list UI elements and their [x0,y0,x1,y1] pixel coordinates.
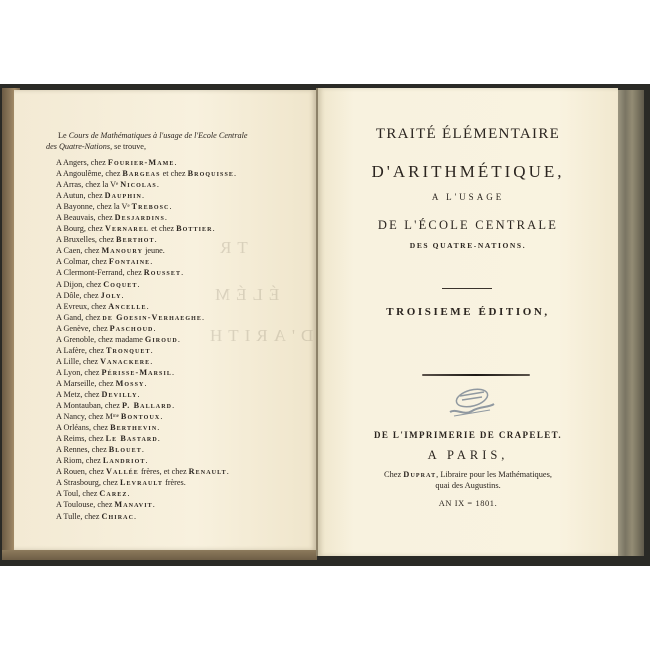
city-text: A Orléans, chez [56,423,110,432]
nations-line: DES QUATRE-NATIONS. [318,241,618,250]
entry-text: . [202,313,204,322]
stockist-entry: A Lafère, chez Tronquet. [56,345,318,356]
bookseller-name: Blouet [109,445,142,454]
stockist-entry: A Toulouse, chez Manavit. [56,499,318,510]
usage-line: A L'USAGE [318,192,618,202]
city-text: A Arras, chez la Vᵉ [56,180,120,189]
entry-text: . [178,335,180,344]
city-text: A Rennes, chez [56,445,109,454]
city-text: A Metz, chez [56,390,101,399]
stockist-entry: A Gand, chez de Goesin-Verhaeghe. [56,312,318,323]
printer-line: DE L'IMPRIMERIE DE CRAPELET. [318,430,618,440]
city-text: A Marseille, chez [56,379,116,388]
entry-text: . [158,434,160,443]
city-text: A Caen, chez [56,246,101,255]
entry-text: . [138,390,140,399]
stockist-entry: A Dôle, chez Joly. [56,290,318,301]
bookseller-name: Mossy [116,379,145,388]
bookseller-name: Rousset [144,268,181,277]
bookseller-name: Périsse-Marsil [101,368,172,377]
entry-text: . [122,291,124,300]
bookseller-name: Paschoud [110,324,154,333]
entry-text: . [165,213,167,222]
entry-text: . [153,324,155,333]
stockist-entry: A Nancy, chez Mᵐᵉ Bontoux. [56,411,318,422]
stockist-entry: A Orléans, chez Berthevin. [56,422,318,433]
city-text: A Colmar, chez [56,257,109,266]
stockist-entry: A Reims, chez Le Bastard. [56,433,318,444]
entry-text: . [160,412,162,421]
entry-text: . [144,379,146,388]
entry-text: . [142,445,144,454]
city-text: A Lafère, chez [56,346,106,355]
title-line-2: D'ARITHMÉTIQUE, [318,162,618,182]
school-line: DE L'ÉCOLE CENTRALE [318,218,618,233]
bookseller-name: Nicolas [120,180,157,189]
bookseller-name: Broquisse [188,169,234,178]
stockist-entry: A Metz, chez Devilly. [56,389,318,400]
bookseller-name: Chirac [102,512,135,521]
stockist-entry: A Clermont-Ferrand, chez Rousset. [56,267,318,278]
bookseller-name: Desjardins [115,213,165,222]
bookseller-name: Joly [101,291,122,300]
city-text: A Bayonne, chez la Vᵉ [56,202,132,211]
entry-text: . [157,180,159,189]
city-text: A Dôle, chez [56,291,101,300]
stockist-entry: A Lille, chez Vanackere. [56,356,318,367]
entry-text: . [169,202,171,211]
bookseller-name: Vernarel [105,224,149,233]
stockist-entry: A Toul, chez Carez. [56,488,318,499]
entry-text: . [227,467,229,476]
entry-text: . [153,500,155,509]
city-text: A Bourg, chez [56,224,105,233]
city-text: A Clermont-Ferrand, chez [56,268,144,277]
city-text: A Nancy, chez Mᵐᵉ [56,412,121,421]
entry-text: . [213,224,215,233]
stockist-entry: A Colmar, chez Fontaine. [56,256,318,267]
city-text: A Evreux, chez [56,302,108,311]
stockist-entry: A Riom, chez Landriot. [56,455,318,466]
city-text: A Montauban, chez [56,401,122,410]
entry-text: . [181,268,183,277]
stockist-entry: A Tulle, chez Chirac. [56,511,318,522]
date-line: AN IX = 1801. [318,499,618,508]
divider-rule [442,288,492,289]
stockist-entry: A Bayonne, chez la Vᵉ Trebosc. [56,201,318,212]
entry-text: . [157,423,159,432]
bookseller-name: Devilly [101,390,137,399]
stockist-entry: A Bruxelles, chez Berthot. [56,234,318,245]
bookseller-name: Bontoux [121,412,160,421]
entry-text: . [145,456,147,465]
bookseller-name: P. Ballard [122,401,172,410]
bookseller-name: Tronquet [106,346,151,355]
entry-text: . [150,257,152,266]
stockist-entry: A Dijon, chez Coquet. [56,279,318,290]
bookseller-name: Bottier [176,224,213,233]
stockist-entry: A Evreux, chez Ancelle. [56,301,318,312]
city-text: A Bruxelles, chez [56,235,116,244]
bookseller-name: Vallée [106,467,139,476]
entry-text: jeune. [143,246,165,255]
city-line: A PARIS, [318,448,618,463]
left-page: TR ÉLÉM D'ARITH Le Cours de Mathématique… [14,90,316,550]
entry-text: . [175,158,177,167]
bookseller-name: Fourier-Mame [108,158,175,167]
city-text: A Angoulême, chez [56,169,122,178]
publisher-name: Duprat [403,470,436,479]
entry-text: et chez [149,224,176,233]
stockist-entry: A Beauvais, chez Desjardins. [56,212,318,223]
open-book: TR ÉLÉM D'ARITH Le Cours de Mathématique… [0,84,650,566]
ornamental-rule [422,374,530,376]
bookseller-name: Le Bastard [106,434,158,443]
city-text: A Toulouse, chez [56,500,114,509]
entry-text: . [137,280,139,289]
bottom-cover-edge [2,550,317,560]
bookseller-name: Renault [189,467,227,476]
stockist-entry: A Montauban, chez P. Ballard. [56,400,318,411]
city-text: A Gand, chez [56,313,102,322]
city-text: A Reims, chez [56,434,106,443]
bookseller-name: Manavit [114,500,152,509]
city-text: A Riom, chez [56,456,103,465]
edition-line: TROISIEME ÉDITION, [318,306,618,318]
entry-text: . [127,489,129,498]
bookseller-name: Landriot [103,456,146,465]
entry-text: . [151,346,153,355]
library-stamp-icon [444,386,498,420]
stockist-entry: A Marseille, chez Mossy. [56,378,318,389]
address-line: quai des Augustins. [318,481,618,490]
bookseller-name: Dauphin [105,191,142,200]
bookseller-name: Ancelle [108,302,146,311]
stockist-entry: A Bourg, chez Vernarel et chez Bottier. [56,223,318,234]
city-text: A Lille, chez [56,357,100,366]
title-line-1: TRAITÉ ÉLÉMENTAIRE [318,126,618,143]
bookseller-name: de Goesin-Verhaeghe [102,313,202,322]
entry-text: frères. [163,478,186,487]
entry-text: frères, et chez [139,467,189,476]
city-text: A Strasbourg, chez [56,478,120,487]
stockist-entry: A Lyon, chez Périsse-Marsil. [56,367,318,378]
city-text: A Angers, chez [56,158,108,167]
city-text: A Toul, chez [56,489,99,498]
stockist-entry: A Genève, chez Paschoud. [56,323,318,334]
city-text: A Tulle, chez [56,512,102,521]
bookseller-name: Berthot [116,235,155,244]
bookseller-name: Carez [99,489,127,498]
city-text: A Lyon, chez [56,368,101,377]
city-text: A Rouen, chez [56,467,106,476]
course-title: Cours de Mathématiques à l'usage de l'Ec… [69,131,248,140]
stockist-entry: A Autun, chez Dauphin. [56,190,318,201]
city-text: A Autun, chez [56,191,105,200]
bookseller-name: Bargeas [122,169,160,178]
city-text: A Grenoble, chez madame [56,335,145,344]
entry-text: . [172,401,174,410]
bookseller-name: Berthevin [110,423,157,432]
entry-text: . [150,357,152,366]
stockist-entry: A Rennes, chez Blouet. [56,444,318,455]
stockist-entry: A Grenoble, chez madame Giroud. [56,334,318,345]
entry-text: . [147,302,149,311]
stockist-list: A Angers, chez Fourier-Mame.A Angoulême,… [56,157,318,522]
stockist-entry: A Caen, chez Manoury jeune. [56,245,318,256]
stockist-entry: A Angers, chez Fourier-Mame. [56,157,318,168]
bookseller-name: Coquet [103,280,137,289]
bookseller-name: Trebosc [132,202,170,211]
entry-text: . [142,191,144,200]
entry-text: . [155,235,157,244]
stockist-entry: A Rouen, chez Vallée frères, et chez Ren… [56,466,318,477]
entry-text: . [172,368,174,377]
bookseller-name: Giroud [145,335,178,344]
stockist-entry: A Angoulême, chez Bargeas et chez Broqui… [56,168,318,179]
publisher-line: Chez Duprat, Libraire pour les Mathémati… [318,470,618,479]
entry-text: et chez [161,169,188,178]
bookseller-name: Levrault [120,478,163,487]
bookseller-name: Vanackere [100,357,150,366]
title-page: TRAITÉ ÉLÉMENTAIRE D'ARITHMÉTIQUE, A L'U… [316,88,618,556]
city-text: A Genève, chez [56,324,110,333]
city-text: A Beauvais, chez [56,213,115,222]
entry-text: . [134,512,136,521]
stockist-entry: A Arras, chez la Vᵉ Nicolas. [56,179,318,190]
city-text: A Dijon, chez [56,280,103,289]
bookseller-name: Manoury [101,246,143,255]
intro-paragraph: Le Cours de Mathématiques à l'usage de l… [46,130,306,152]
bookseller-name: Fontaine [109,257,150,266]
entry-text: . [234,169,236,178]
stockist-entry: A Strasbourg, chez Levrault frères. [56,477,318,488]
